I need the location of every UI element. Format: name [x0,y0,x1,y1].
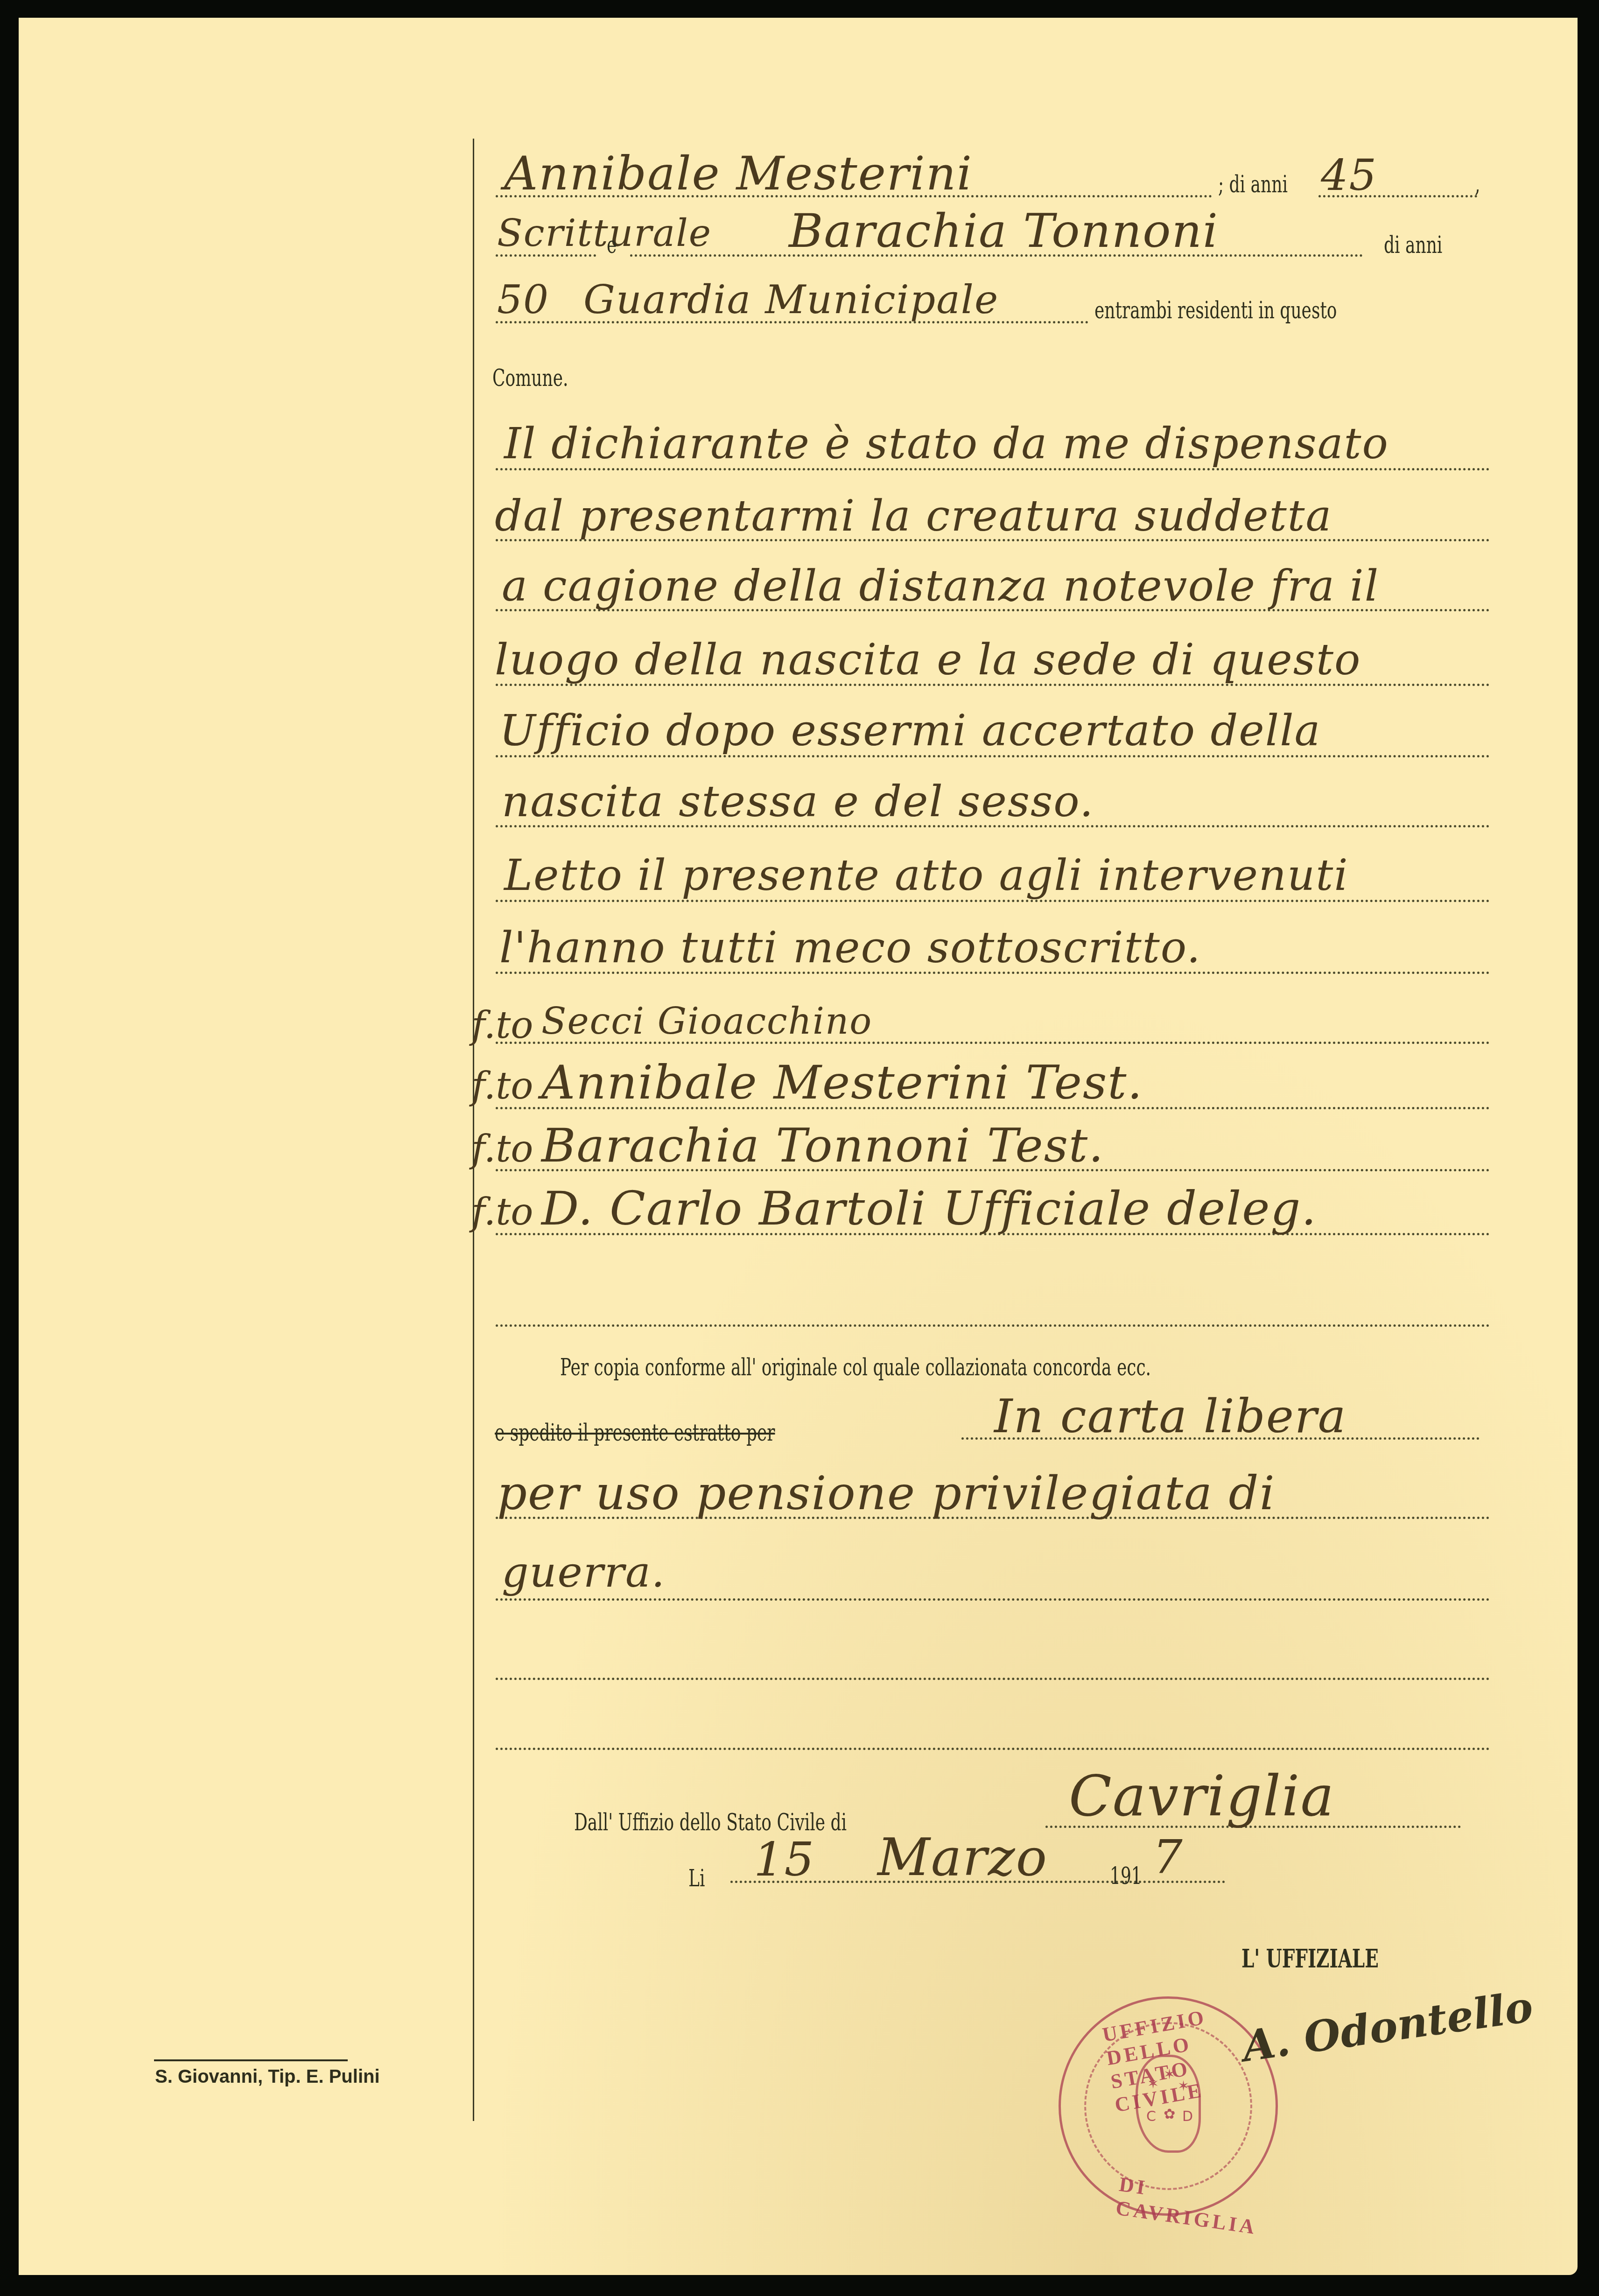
official-label: L' UFFIZIALE [1241,1946,1379,1971]
purpose-line-1: In carta libera [994,1393,1347,1440]
date-day: 15 [754,1836,815,1883]
witness2-age: 50 [497,280,549,320]
conjunction: e [607,233,617,257]
signature-prefix: f.to [471,1003,533,1047]
purpose-line-3: guerra. [502,1552,666,1594]
purpose-line-2: per uso pensione privilegiata di [497,1470,1276,1517]
witness1-age: 45 [1321,154,1377,197]
crest-letter: C [1146,2108,1156,2125]
office-label: Dall' Uffizio dello Stato Civile di [574,1811,847,1834]
residence-end: Comune. [492,366,568,390]
date-prefix: Li [688,1867,705,1890]
comma: , [1475,173,1480,196]
body-line: dal presentarmi la creatura suddetta [495,495,1332,538]
dotted-line [496,1598,1490,1601]
body-line: l'hanno tutti meco sottoscritto. [499,926,1201,969]
struck-text: e spedito il presente estratto per [495,1421,775,1444]
signature-witness1: Annibale Mesterini Test. [541,1059,1143,1106]
body-line: Il dichiarante è stato da me dispensato [504,422,1389,465]
witness2-occupation: Guardia Municipale [583,280,999,320]
witness1-occupation: Scritturale [497,215,712,252]
crest-letter: D [1182,2108,1193,2125]
office-place: Cavriglia [1069,1769,1335,1825]
year-printed: 191 [1110,1864,1142,1888]
star-icon: ✶ [1147,2076,1159,2092]
body-line: Ufficio dopo essermi accertato della [499,709,1321,752]
copy-statement: Per copia conforme all' originale col qu… [560,1356,1151,1379]
dotted-line [496,1748,1490,1750]
signature-witness2: Barachia Tonnoni Test. [541,1122,1104,1169]
age-label: ; di anni [1218,173,1288,196]
body-line: nascita stessa e del sesso. [502,780,1094,823]
star-icon: ✶ [1164,2066,1175,2083]
star-icon: ✶ [1178,2078,1189,2094]
year-handwritten: 7 [1153,1834,1184,1881]
age-label-2: di anni [1384,233,1442,257]
imprint-rule [154,2059,348,2061]
date-month: Marzo [877,1832,1048,1883]
signature-official: D. Carlo Bartoli Ufficiale deleg. [541,1185,1317,1232]
body-line: luogo della nascita e la sede di questo [495,638,1361,681]
signature-prefix: f.to [471,1127,533,1170]
stamp-crest-icon: ✶ ✶ ✶ C ✿ D [1136,2055,1201,2153]
signature-secci: Secci Gioacchino [541,1003,872,1040]
witness2-name: Barachia Tonnoni [789,208,1219,254]
dotted-line [496,1678,1490,1680]
printer-imprint: S. Giovanni, Tip. E. Pulini [155,2067,380,2086]
residence-text: entrambi residenti in questo [1094,299,1337,322]
signature-prefix: f.to [471,1064,533,1107]
witness1-name: Annibale Mesterini [504,150,973,197]
rosette-icon: ✿ [1164,2106,1175,2122]
dotted-line [496,1324,1490,1327]
body-line: Letto il presente atto agli intervenuti [504,854,1349,897]
body-line: a cagione della distanza notevole fra il [502,565,1379,608]
signature-prefix: f.to [471,1190,533,1233]
